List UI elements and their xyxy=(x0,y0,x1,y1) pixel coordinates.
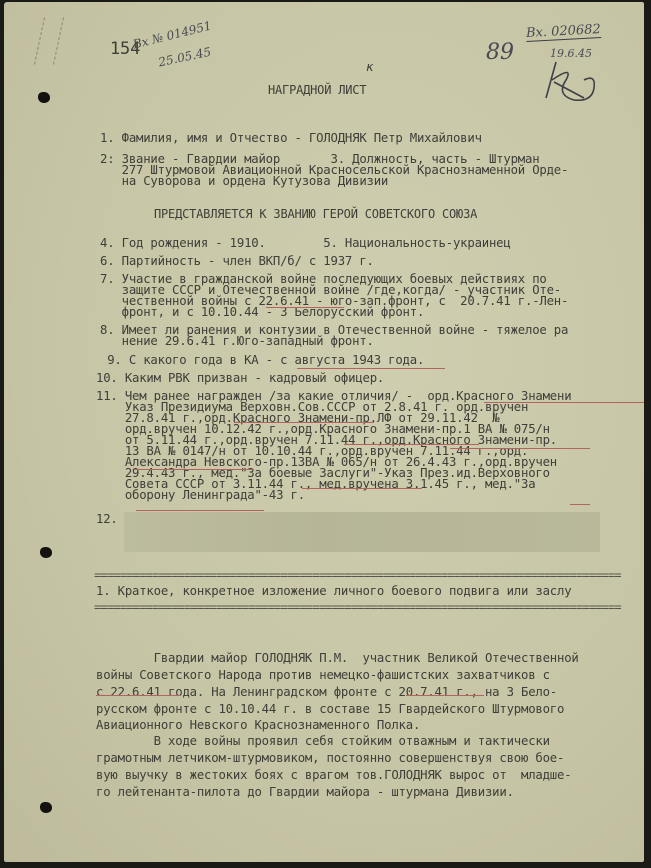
pencil-underline xyxy=(344,444,479,445)
nomination-heading: ПРЕДСТАВЛЯЕТСЯ К ЗВАНИЮ ГЕРОЙ СОВЕТСКОГО… xyxy=(154,209,477,220)
punch-hole xyxy=(40,547,52,558)
field-service-start: 9. С какого года в КА - с августа 1943 г… xyxy=(100,355,424,366)
narrative-line: грамотным летчиком-штурмовиком, постоянн… xyxy=(96,753,564,764)
pencil-underline xyxy=(406,695,484,696)
field-full-name: 1. Фамилия, имя и Отчество - ГОЛОДНЯК Пе… xyxy=(100,133,482,144)
field-previous-awards: оборону Ленинграда"-43 г. xyxy=(96,490,305,501)
document-title: НАГРАДНОЙ ЛИСТ xyxy=(268,85,366,96)
pencil-underline xyxy=(484,402,644,403)
field-participation: фронт, и с 10.10.44 - 3 Белорусский фрон… xyxy=(100,307,424,318)
separator-line: ========================================… xyxy=(94,568,644,582)
field-draft-office: 10. Каким РВК призван - кадровый офицер. xyxy=(96,373,384,384)
handwritten-ref-date: 19.6.45 xyxy=(550,47,592,60)
pencil-underline xyxy=(96,695,180,696)
handwritten-incoming-date: 25.05.45 xyxy=(157,45,212,70)
pencil-underline xyxy=(134,469,254,470)
separator-line: ========================================… xyxy=(94,600,644,614)
pencil-underline xyxy=(450,448,590,449)
pencil-underline xyxy=(234,422,374,423)
paper-fold-mark xyxy=(53,17,64,64)
paper-fold-mark xyxy=(34,17,45,64)
narrative-line: го лейтенанта-пилота до Гвардии майора -… xyxy=(96,787,514,798)
pencil-underline xyxy=(266,307,344,308)
redacted-address xyxy=(124,512,600,552)
pencil-underline xyxy=(136,510,264,511)
narrative-line: с 22.6.41 года. На Ленинградском фронте … xyxy=(96,687,557,698)
field-party: 6. Партийность - член ВКП/б/ с 1937 г. xyxy=(100,256,374,267)
punch-hole xyxy=(38,92,50,103)
punch-hole xyxy=(40,802,52,813)
narrative-line: вую выучку в жестоких боях с врагом тов.… xyxy=(96,770,571,781)
handwritten-ref-number: Вх. 020682 xyxy=(526,22,602,42)
narrative-line: Авиационного Невского Краснознаменного П… xyxy=(96,720,420,731)
handwritten-page-number: 89 xyxy=(486,40,514,65)
signature-icon xyxy=(544,60,604,105)
pencil-underline xyxy=(570,504,590,505)
pencil-underline xyxy=(302,488,422,489)
narrative-line: Гвардии майор ГОЛОДНЯК П.М. участник Вел… xyxy=(96,653,579,664)
narrative-line: войны Советского Народа против немецко-ф… xyxy=(96,670,550,681)
title-prefix: к xyxy=(366,62,373,73)
pencil-underline xyxy=(297,368,445,369)
field-wounds: нение 29.6.41 г.Юго-западный фронт. xyxy=(100,336,374,347)
field-birth-nationality: 4. Год рождения - 1910. 5. Национальност… xyxy=(100,238,511,249)
section-heading: 1. Краткое, конкретное изложение личного… xyxy=(96,586,571,597)
award-sheet-page: 154 Вх № 014951 25.05.45 к НАГРАДНОЙ ЛИС… xyxy=(4,2,644,862)
narrative-line: В ходе войны проявил себя стойким отважн… xyxy=(96,736,550,747)
narrative-line: русском фронте с 10.10.44 г. в составе 1… xyxy=(96,704,564,715)
field-unit-cont: на Суворова и ордена Кутузова Дивизии xyxy=(100,176,388,187)
